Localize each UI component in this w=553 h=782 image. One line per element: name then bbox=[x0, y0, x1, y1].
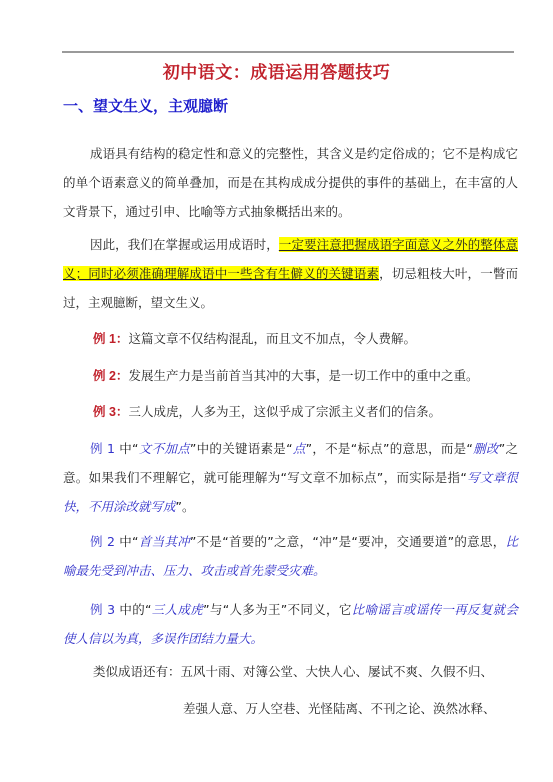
header-rule bbox=[62, 51, 514, 53]
explanation-text: 中的“ bbox=[115, 602, 151, 617]
explanation-text: 中“ bbox=[115, 534, 139, 549]
example-2: 例 2：发展生产力是当前首当其冲的大事，是一切工作中的重中之重。 bbox=[93, 366, 478, 386]
example-text: 这篇文章不仅结构混乱，而且文不加点，令人费解。 bbox=[128, 331, 416, 346]
similar-list: 五风十雨、对簿公堂、大快人心、屡试不爽、久假不归、 bbox=[181, 664, 494, 679]
similar-list: 差强人意、万人空巷、光怪陆离、不刊之论、涣然冰释、 bbox=[183, 701, 496, 716]
example-ref: 例 1 bbox=[90, 441, 115, 456]
similar-label: 类似成语还有： bbox=[93, 664, 181, 679]
idiom: 文不加点 bbox=[139, 441, 190, 456]
advice-prefix: 因此，我们在掌握或运用成语时， bbox=[90, 237, 279, 252]
example-ref: 例 3 bbox=[90, 602, 115, 617]
example-label: 例 3： bbox=[93, 405, 128, 419]
similar-idioms-line-1: 类似成语还有：五风十雨、对簿公堂、大快人心、屡试不爽、久假不归、 bbox=[93, 662, 493, 682]
similar-idioms-line-2: 差强人意、万人空巷、光怪陆离、不刊之论、涣然冰释、 bbox=[183, 699, 496, 719]
example-label: 例 1： bbox=[93, 332, 128, 346]
explanation-text: ”。 bbox=[176, 499, 195, 514]
example-1: 例 1：这篇文章不仅结构混乱，而且文不加点，令人费解。 bbox=[93, 329, 416, 349]
example-ref: 例 2 bbox=[90, 534, 115, 549]
explanation-text: ”不是“首要的”之意，“冲”是“要冲，交通要道”的意思， bbox=[190, 534, 506, 549]
section-heading: 一、望文生义，主观臆断 bbox=[63, 95, 228, 116]
explanation-text: ”中的关键语素是“ bbox=[190, 441, 293, 456]
paragraph-definition: 成语具有结构的稳定性和意义的完整性，其含义是约定俗成的；它不是构成它的单个语素意… bbox=[63, 139, 518, 226]
idiom: 首当其冲 bbox=[139, 534, 190, 549]
explanation-2: 例 2 中“首当其冲”不是“首要的”之意，“冲”是“要冲，交通要道”的意思，比喻… bbox=[63, 527, 518, 585]
morpheme-meaning: 删改 bbox=[473, 441, 499, 456]
example-label: 例 2： bbox=[93, 369, 128, 383]
explanation-text: ”与“人多为王”不同义，它 bbox=[203, 602, 352, 617]
example-text: 三人成虎，人多为王，这似乎成了宗派主义者们的信条。 bbox=[128, 404, 441, 419]
document-title: 初中语文：成语运用答题技巧 bbox=[0, 58, 553, 83]
explanation-1: 例 1 中“文不加点”中的关键语素是“点”，不是“标点”的意思，而是“删改”之意… bbox=[63, 434, 518, 521]
paragraph-advice: 因此，我们在掌握或运用成语时，一定要注意把握成语字面意义之外的整体意义；同时必须… bbox=[63, 230, 518, 317]
explanation-3: 例 3 中的“三人成虎”与“人多为王”不同义，它比喻谣言或谣传一再反复就会使人信… bbox=[63, 595, 518, 653]
idiom: 三人成虎 bbox=[151, 602, 203, 617]
example-3: 例 3：三人成虎，人多为王，这似乎成了宗派主义者们的信条。 bbox=[93, 402, 441, 422]
key-morpheme: 点 bbox=[293, 441, 306, 456]
example-text: 发展生产力是当前首当其冲的大事，是一切工作中的重中之重。 bbox=[128, 368, 478, 383]
explanation-text: 中“ bbox=[115, 441, 139, 456]
explanation-text: ”，不是“标点”的意思，而是“ bbox=[306, 441, 473, 456]
